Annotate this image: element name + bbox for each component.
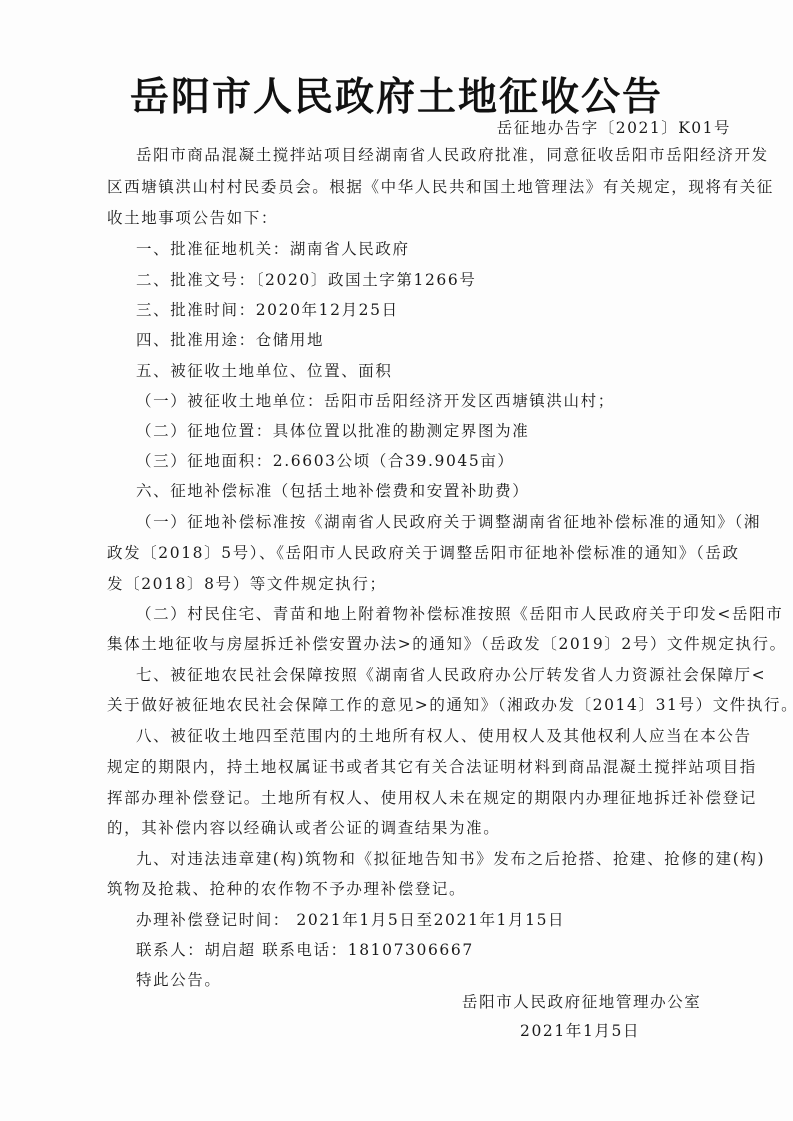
body-line: 政发〔2018〕5号）、《岳阳市人民政府关于调整岳阳市征地补偿标准的通知》（岳政 bbox=[107, 543, 740, 563]
body-line: 特此公告。 bbox=[136, 970, 222, 990]
document-number: 岳征地办告字〔2021〕K01号 bbox=[497, 116, 731, 138]
body-line: 关于做好被征地农民社会保障工作的意见>的通知》（湘政办发〔2014〕31号）文件… bbox=[107, 695, 793, 715]
body-line: 规定的期限内，持土地权属证书或者其它有关合法证明材料到商品混凝土搅拌站项目指 bbox=[107, 757, 757, 777]
body-line: 五、被征收土地单位、位置、面积 bbox=[136, 361, 393, 381]
body-line: 办理补偿登记时间： 2021年1月5日至2021年1月15日 bbox=[136, 910, 565, 930]
body-line: 四、批准用途：仓储用地 bbox=[136, 330, 324, 350]
body-line: 集体土地征收与房屋拆迁补偿安置办法>的通知》（岳政发〔2019〕2号）文件规定执… bbox=[107, 634, 787, 654]
page-title: 岳阳市人民政府土地征收公告 bbox=[0, 66, 793, 122]
issue-date: 2021年1月5日 bbox=[520, 1019, 640, 1041]
body-line: 九、对违法违章建(构)筑物和《拟征地告知书》发布之后抢搭、抢建、抢修的建(构) bbox=[136, 849, 765, 869]
body-line: 区西塘镇洪山村村民委员会。根据《中华人民共和国土地管理法》有关规定，现将有关征 bbox=[107, 177, 774, 197]
body-line: （二）村民住宅、青苗和地上附着物补偿标准按照《岳阳市人民政府关于印发<岳阳市 bbox=[136, 604, 783, 624]
body-line: （一）征地补偿标准按《湖南省人民政府关于调整湖南省征地补偿标准的通知》（湘 bbox=[136, 512, 761, 532]
body-line: 八、被征收土地四至范围内的土地所有权人、使用权人及其他权利人应当在本公告 bbox=[136, 726, 752, 746]
body-line: 筑物及抢栽、抢种的农作物不予办理补偿登记。 bbox=[107, 879, 466, 899]
body-line: （一）被征收土地单位：岳阳市岳阳经济开发区西塘镇洪山村； bbox=[136, 391, 615, 411]
document-page: 岳阳市人民政府土地征收公告 岳征地办告字〔2021〕K01号 岳阳市商品混凝土搅… bbox=[0, 0, 793, 1121]
body-line: 的，其补偿内容以经确认或者公证的调查结果为准。 bbox=[107, 818, 500, 838]
issuer-signature: 岳阳市人民政府征地管理办公室 bbox=[462, 990, 701, 1012]
body-line: 三、批准时间：2020年12月25日 bbox=[136, 300, 399, 320]
body-line: 收土地事项公告如下： bbox=[107, 208, 278, 228]
body-line: 挥部办理补偿登记。土地所有权人、使用权人未在规定的期限内办理征地拆迁补偿登记 bbox=[107, 788, 757, 808]
body-line: 发〔2018〕8号）等文件规定执行； bbox=[107, 574, 387, 594]
body-line: 岳阳市商品混凝土搅拌站项目经湖南省人民政府批准，同意征收岳阳市岳阳经济开发 bbox=[136, 145, 769, 165]
body-line: 一、批准征地机关：湖南省人民政府 bbox=[136, 239, 410, 259]
body-line: 二、批准文号：〔2020〕政国土字第1266号 bbox=[136, 270, 476, 290]
body-line: 六、征地补偿标准（包括土地补偿费和安置补助费） bbox=[136, 481, 529, 501]
body-line: （二）征地位置：具体位置以批准的勘测定界图为准 bbox=[136, 421, 529, 441]
body-line: （三）征地面积：2.6603公顷（合39.9045亩） bbox=[136, 451, 515, 471]
body-line: 七、被征地农民社会保障按照《湖南省人民政府办公厅转发省人力资源社会保障厅< bbox=[136, 665, 766, 685]
body-line: 联系人：胡启超 联系电话：18107306667 bbox=[136, 940, 474, 960]
